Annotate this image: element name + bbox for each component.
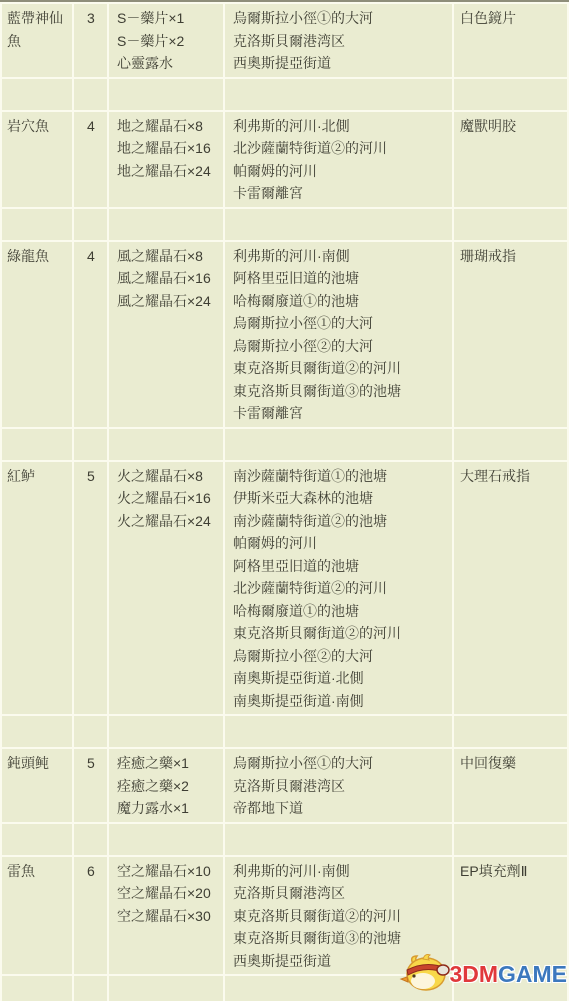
- location-line: 烏爾斯拉小徑①的大河: [233, 752, 450, 775]
- locations-cell: 利弗斯的河川·南側阿格里亞旧道的池塘哈梅爾廢道①的池塘烏爾斯拉小徑①的大河烏爾斯…: [225, 242, 452, 427]
- separator-row: [2, 429, 567, 460]
- location-line: 卡雷爾離宮: [233, 182, 450, 205]
- location-line: 哈梅爾廢道①的池塘: [233, 600, 450, 623]
- location-line: 烏爾斯拉小徑②的大河: [233, 335, 450, 358]
- fish-level-cell: 5: [74, 749, 107, 822]
- item-line: S－藥片×2: [117, 30, 221, 53]
- table-row: 鈍頭鲀 5 痊癒之藥×1痊癒之藥×2魔力露水×1 烏爾斯拉小徑①的大河克洛斯貝爾…: [2, 749, 567, 822]
- fish-level-cell: 5: [74, 462, 107, 715]
- final-reward-cell: 大理石戒指: [454, 462, 567, 715]
- location-line: 帕爾姆的河川: [233, 160, 450, 183]
- final-reward-cell: 魔獸明胶: [454, 112, 567, 207]
- separator-cell: [2, 716, 72, 747]
- location-line: 烏爾斯拉小徑①的大河: [233, 312, 450, 335]
- reward-items-cell: 火之耀晶石×8火之耀晶石×16火之耀晶石×24: [109, 462, 223, 715]
- separator-cell: [74, 824, 107, 855]
- locations-cell: 南沙薩蘭特街道①的池塘伊斯米亞大森林的池塘南沙薩蘭特街道②的池塘帕爾姆的河川阿格…: [225, 462, 452, 715]
- fish-level-cell: 4: [74, 112, 107, 207]
- separator-cell: [74, 429, 107, 460]
- logo-text-game: GAME: [498, 963, 567, 986]
- fish-name-cell: 岩穴魚: [2, 112, 72, 207]
- location-line: 克洛斯貝爾港湾区: [233, 30, 450, 53]
- item-line: 風之耀晶石×16: [117, 267, 221, 290]
- location-line: 利弗斯的河川·南側: [233, 245, 450, 268]
- separator-cell: [109, 716, 223, 747]
- reward-items-cell: S－藥片×1S－藥片×2心靈露水: [109, 4, 223, 77]
- item-line: 火之耀晶石×8: [117, 465, 221, 488]
- locations-cell: 烏爾斯拉小徑①的大河克洛斯貝爾港湾区西奧斯提亞街道: [225, 4, 452, 77]
- separator-cell: [225, 824, 452, 855]
- separator-cell: [454, 716, 567, 747]
- reward-items-cell: 空之耀晶石×10空之耀晶石×20空之耀晶石×30: [109, 857, 223, 975]
- separator-cell: [109, 976, 223, 1001]
- separator-cell: [2, 79, 72, 110]
- separator-cell: [225, 429, 452, 460]
- separator-cell: [74, 209, 107, 240]
- item-line: 空之耀晶石×10: [117, 860, 221, 883]
- location-line: 北沙薩蘭特街道②的河川: [233, 577, 450, 600]
- fish-name-cell: 紅鲈: [2, 462, 72, 715]
- reward-items-cell: 地之耀晶石×8地之耀晶石×16地之耀晶石×24: [109, 112, 223, 207]
- location-line: 克洛斯貝爾港湾区: [233, 775, 450, 798]
- separator-cell: [74, 716, 107, 747]
- table-row: 岩穴魚 4 地之耀晶石×8地之耀晶石×16地之耀晶石×24 利弗斯的河川·北側北…: [2, 112, 567, 207]
- reward-items-cell: 痊癒之藥×1痊癒之藥×2魔力露水×1: [109, 749, 223, 822]
- location-line: 南沙薩蘭特街道①的池塘: [233, 465, 450, 488]
- item-line: 火之耀晶石×24: [117, 510, 221, 533]
- locations-cell: 利弗斯的河川·北側北沙薩蘭特街道②的河川帕爾姆的河川卡雷爾離宮: [225, 112, 452, 207]
- location-line: 利弗斯的河川·北側: [233, 115, 450, 138]
- final-reward-cell: 白色鏡片: [454, 4, 567, 77]
- separator-row: [2, 716, 567, 747]
- fish-name-cell: 雷魚: [2, 857, 72, 975]
- item-line: 火之耀晶石×16: [117, 487, 221, 510]
- location-line: 西奧斯提亞街道: [233, 52, 450, 75]
- table-row: 藍帶神仙魚 3 S－藥片×1S－藥片×2心靈露水 烏爾斯拉小徑①的大河克洛斯貝爾…: [2, 4, 567, 77]
- locations-cell: 烏爾斯拉小徑①的大河克洛斯貝爾港湾区帝都地下道: [225, 749, 452, 822]
- table-row: 綠龍魚 4 風之耀晶石×8風之耀晶石×16風之耀晶石×24 利弗斯的河川·南側阿…: [2, 242, 567, 427]
- location-line: 帝都地下道: [233, 797, 450, 820]
- item-line: 心靈露水: [117, 52, 221, 75]
- item-line: 地之耀晶石×24: [117, 160, 221, 183]
- item-line: 魔力露水×1: [117, 797, 221, 820]
- location-line: 東克洛斯貝爾街道②的河川: [233, 357, 450, 380]
- item-line: 痊癒之藥×2: [117, 775, 221, 798]
- separator-cell: [74, 976, 107, 1001]
- separator-cell: [454, 79, 567, 110]
- location-line: 哈梅爾廢道①的池塘: [233, 290, 450, 313]
- item-line: S－藥片×1: [117, 7, 221, 30]
- separator-cell: [2, 824, 72, 855]
- item-line: 風之耀晶石×24: [117, 290, 221, 313]
- separator-row: [2, 824, 567, 855]
- fish-name-cell: 藍帶神仙魚: [2, 4, 72, 77]
- separator-cell: [109, 429, 223, 460]
- location-line: 卡雷爾離宮: [233, 402, 450, 425]
- separator-cell: [225, 209, 452, 240]
- fish-name-cell: 鈍頭鲀: [2, 749, 72, 822]
- location-line: 阿格里亞旧道的池塘: [233, 555, 450, 578]
- final-reward-cell: 珊瑚戒指: [454, 242, 567, 427]
- item-line: 地之耀晶石×16: [117, 137, 221, 160]
- fish-name-cell: 綠龍魚: [2, 242, 72, 427]
- separator-cell: [2, 976, 72, 1001]
- fish-level-cell: 6: [74, 857, 107, 975]
- separator-cell: [225, 79, 452, 110]
- table-row: 紅鲈 5 火之耀晶石×8火之耀晶石×16火之耀晶石×24 南沙薩蘭特街道①的池塘…: [2, 462, 567, 715]
- location-line: 烏爾斯拉小徑②的大河: [233, 645, 450, 668]
- location-line: 南奧斯提亞街道·南側: [233, 690, 450, 713]
- location-line: 東克洛斯貝爾街道②的河川: [233, 905, 450, 928]
- 3dmgame-logo: 3DM GAME: [399, 950, 567, 999]
- location-line: 阿格里亞旧道的池塘: [233, 267, 450, 290]
- logo-text-3dm: 3DM: [449, 963, 498, 986]
- location-line: 東克洛斯貝爾街道②的河川: [233, 622, 450, 645]
- separator-cell: [109, 824, 223, 855]
- location-line: 克洛斯貝爾港湾区: [233, 882, 450, 905]
- final-reward-cell: 中回復藥: [454, 749, 567, 822]
- guide-table-page: 藍帶神仙魚 3 S－藥片×1S－藥片×2心靈露水 烏爾斯拉小徑①的大河克洛斯貝爾…: [0, 0, 569, 1001]
- location-line: 烏爾斯拉小徑①的大河: [233, 7, 450, 30]
- location-line: 南沙薩蘭特街道②的池塘: [233, 510, 450, 533]
- separator-cell: [454, 824, 567, 855]
- item-line: 地之耀晶石×8: [117, 115, 221, 138]
- separator-cell: [454, 209, 567, 240]
- separator-cell: [225, 716, 452, 747]
- item-line: 空之耀晶石×20: [117, 882, 221, 905]
- separator-cell: [2, 429, 72, 460]
- separator-cell: [454, 429, 567, 460]
- separator-cell: [74, 79, 107, 110]
- chick-mascot-icon: [399, 950, 455, 999]
- location-line: 帕爾姆的河川: [233, 532, 450, 555]
- location-line: 伊斯米亞大森林的池塘: [233, 487, 450, 510]
- location-line: 利弗斯的河川·南側: [233, 860, 450, 883]
- location-line: 南奧斯提亞街道·北側: [233, 667, 450, 690]
- reward-items-cell: 風之耀晶石×8風之耀晶石×16風之耀晶石×24: [109, 242, 223, 427]
- fish-table: 藍帶神仙魚 3 S－藥片×1S－藥片×2心靈露水 烏爾斯拉小徑①的大河克洛斯貝爾…: [0, 0, 569, 1001]
- location-line: 北沙薩蘭特街道②的河川: [233, 137, 450, 160]
- fish-level-cell: 4: [74, 242, 107, 427]
- separator-cell: [109, 79, 223, 110]
- item-line: 痊癒之藥×1: [117, 752, 221, 775]
- separator-row: [2, 209, 567, 240]
- item-line: 風之耀晶石×8: [117, 245, 221, 268]
- separator-cell: [109, 209, 223, 240]
- location-line: 東克洛斯貝爾街道③的池塘: [233, 380, 450, 403]
- item-line: 空之耀晶石×30: [117, 905, 221, 928]
- fish-level-cell: 3: [74, 4, 107, 77]
- separator-row: [2, 79, 567, 110]
- separator-cell: [2, 209, 72, 240]
- location-line: 東克洛斯貝爾街道③的池塘: [233, 927, 450, 950]
